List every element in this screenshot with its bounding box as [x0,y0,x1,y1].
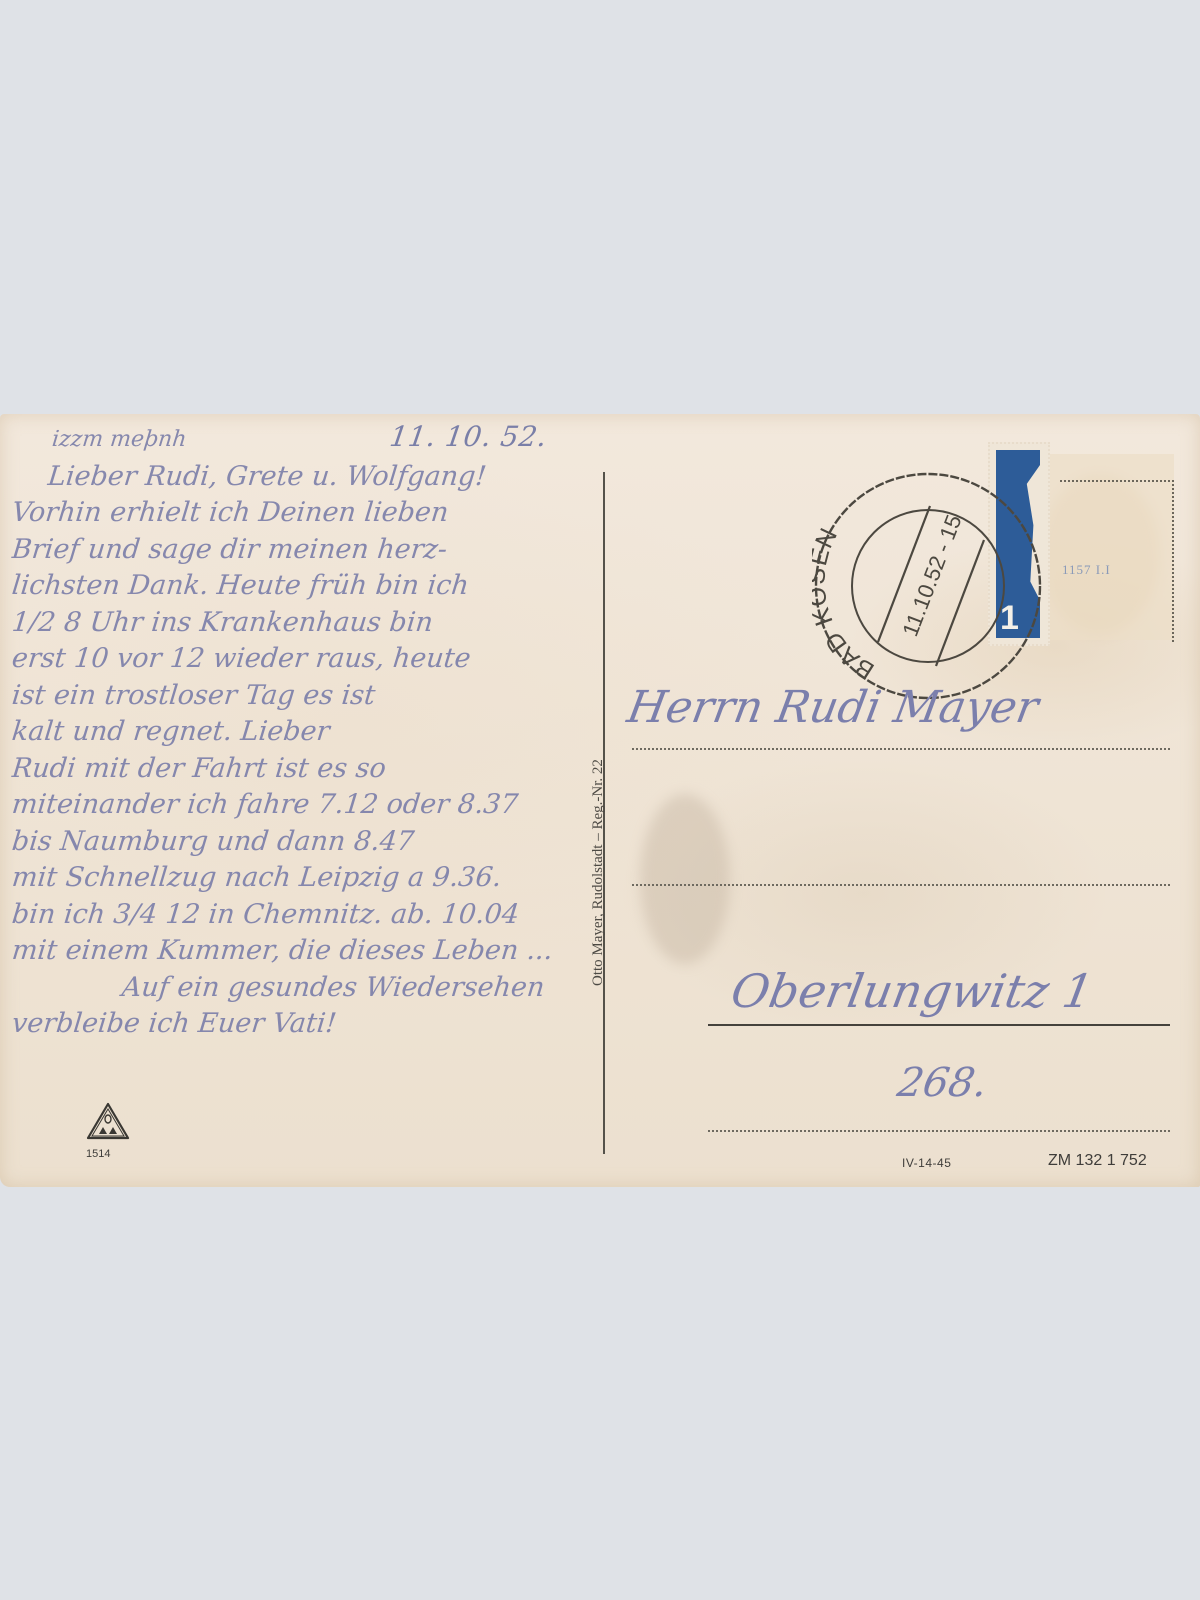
message-line: Brief und sage dir meinen herz- [10,532,604,569]
address-line-1 [632,748,1170,750]
publisher-logo-icon [86,1102,130,1142]
message-line: verbleibe ich Euer Vati! [10,1006,604,1043]
print-code-right: ZM 132 1 752 [1048,1152,1147,1170]
recipient-name: Herrn Rudi Mayer [624,682,1043,733]
recipient-number: 268. [894,1060,991,1106]
card-number: 1514 [86,1148,110,1160]
recipient-town: Oberlungwitz 1 [727,964,1097,1018]
message-line: lichsten Dank. Heute früh bin ich [10,568,604,605]
message-line: Vorhin erhielt ich Deinen lieben [10,495,604,532]
water-stain [640,794,730,964]
message-line: mit einem Kummer, die dieses Leben ... [10,933,604,970]
message-line: kalt und regnet. Lieber [10,714,604,751]
message-line: erst 10 vor 12 wieder raus, heute [10,641,604,678]
message-line: bis Naumburg und dann 8.47 [10,824,604,861]
svg-text:11.10.52 - 15: 11.10.52 - 15 [897,511,966,639]
publisher-imprint: Otto Mayer, Rudolstadt – Reg.-Nr. 22 [590,759,607,986]
message-line: Auf ein gesundes Wiedersehen [10,970,604,1007]
handwritten-message: izzm meþnh Lieber Rudi, Grete u. Wolfgan… [12,422,602,1043]
message-line: bin ich 3/4 12 in Chemnitz. ab. 10.04 [10,897,604,934]
message-line: 1/2 8 Uhr ins Krankenhaus bin [10,605,604,642]
message-line: mit Schnellzug nach Leipzig a 9.36. [10,860,604,897]
address-line-2 [632,884,1170,886]
message-line: miteinander ich fahre 7.12 oder 8.37 [10,787,604,824]
address-line-3 [708,1024,1170,1026]
postcard-back: 11. 10. 52. izzm meþnh Lieber Rudi, Gret… [0,414,1200,1187]
stamp-area-box [1060,480,1174,642]
message-line: izzm meþnh [10,422,604,459]
message-line: ist ein trostloser Tag es ist [10,678,604,715]
message-line: Rudi mit der Fahrt ist es so [10,751,604,788]
print-code-left: IV-14-45 [902,1156,951,1170]
address-line-4 [708,1130,1170,1132]
message-line: Lieber Rudi, Grete u. Wolfgang! [10,459,604,496]
postmark-icon: BAD KÖSEN 11.10.52 - 15 [812,470,1044,702]
